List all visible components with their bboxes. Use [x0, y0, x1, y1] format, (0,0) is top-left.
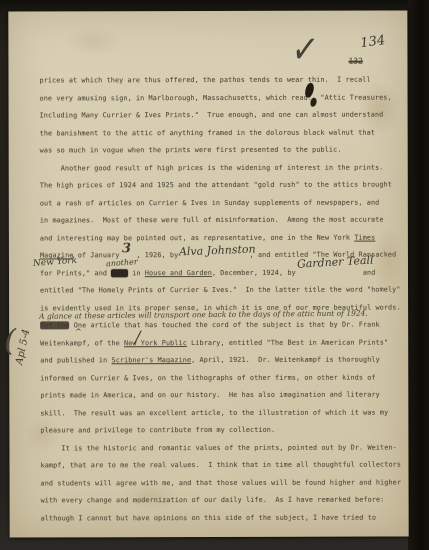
scan-right-edge	[408, 0, 429, 550]
typed-line: and students will agree with me, and tha…	[41, 474, 409, 492]
typed-segment: for Prints," and	[40, 269, 111, 277]
insertion-slash: /	[135, 327, 140, 346]
typed-segment: in	[128, 269, 145, 277]
manuscript-page: prices at which they are thus offered, t…	[8, 10, 408, 537]
typed-line: in magazines. Most of these were full of…	[40, 211, 408, 229]
underlined-title: Scribner's Magazine	[111, 356, 191, 364]
typed-segment: and interesting may be pointed out, as r…	[40, 233, 354, 242]
typed-line: The high prices of 1924 and 1925 and the…	[40, 176, 408, 194]
typed-line: Weitenkampf, of the New York Public Libr…	[40, 334, 408, 352]
typed-line: Another good result of high prices is th…	[40, 159, 408, 177]
typed-segment: Weitenkampf, of the	[40, 339, 124, 347]
typed-line: although I cannot but have opinions on t…	[41, 509, 409, 527]
typed-line: kampf, that are to me the real values. I…	[40, 456, 408, 474]
typed-line: out a rash of articles on Currier & Ives…	[40, 194, 408, 212]
typed-segment: , April, 1921. Dr. Weitenkampf is thorou…	[191, 356, 380, 364]
paper-stain	[63, 26, 123, 56]
typed-line: prints made in America, and on our histo…	[40, 386, 408, 404]
typed-line: entitled "The Homely Prints of Currier &…	[40, 281, 408, 299]
typed-line: pleasure and privilege to contribute fro…	[40, 421, 408, 439]
typed-segment: and	[363, 268, 376, 276]
typed-segment: One article that has touched the cord of…	[69, 321, 379, 330]
typed-line: was so much in vogue when the prints wer…	[40, 141, 408, 159]
checkmark-icon: ✓	[289, 25, 320, 75]
scratched-out-word	[111, 269, 128, 277]
inserted-day-number: 3	[122, 241, 131, 256]
scratched-out-words: But the	[40, 321, 69, 329]
underlined-title: New York Public	[124, 339, 187, 347]
handwritten-page-number: 134	[360, 33, 387, 51]
typed-segment: , December, 1924, by	[212, 268, 300, 276]
typed-line: Including Many Currier & Ives Prints." T…	[40, 106, 408, 124]
typed-line: with every change and modernization of o…	[41, 491, 409, 509]
underlined-title: Times	[354, 233, 375, 241]
margin-paren-mark: (	[4, 324, 16, 359]
typed-line: prices at which they are thus offered, t…	[39, 71, 407, 89]
typed-line: skill. The result was an excellent artic…	[40, 404, 408, 422]
scan-background: prices at which they are thus offered, t…	[0, 0, 429, 550]
typed-line: informed on Currier & Ives, on the litho…	[40, 369, 408, 387]
struck-page-number: 132	[348, 57, 362, 66]
typed-text-block: prices at which they are thus offered, t…	[39, 71, 408, 527]
underlined-title: House and Garden	[145, 268, 212, 276]
typed-segment: and published in	[40, 356, 111, 364]
typed-segment: Library, entitled "The Best in American …	[187, 338, 388, 347]
caret-mark: ^	[75, 327, 82, 336]
typed-line: It is the historic and romantic values o…	[40, 439, 408, 457]
typed-line: one very amusing sign, in Marlborough, M…	[40, 89, 408, 107]
typed-line: the banishment to the attic of anything …	[40, 124, 408, 142]
typed-line: and published in Scribner's Magazine, Ap…	[40, 351, 408, 369]
